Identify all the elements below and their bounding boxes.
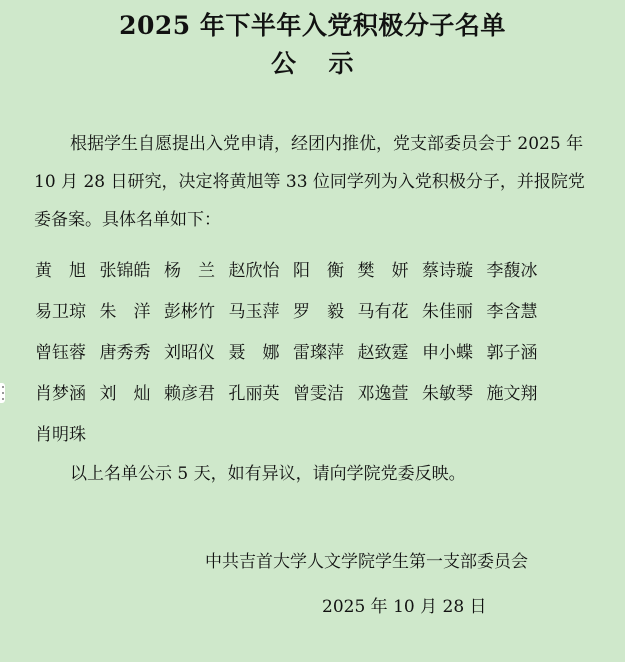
name-item: 肖梦涵 (35, 374, 100, 415)
names-row: 曾钰蓉 唐秀秀 刘昭仪 聂 娜 雷璨萍 赵致霆 申小蝶 郭子涵 (35, 333, 551, 374)
name-item: 刘昭仪 (164, 333, 229, 374)
names-row: 黄 旭 张锦皓 杨 兰 赵欣怡 阳 衡 樊 妍 蔡诗璇 李馥冰 (35, 251, 551, 292)
name-item: 杨 兰 (164, 251, 229, 292)
name-item: 李馥冰 (487, 251, 552, 292)
subtitle-char: 示 (329, 49, 355, 78)
name-item: 赖彦君 (164, 374, 229, 415)
drag-dot-icon (2, 386, 4, 388)
subtitle-char: 公 (271, 49, 297, 78)
name-item: 朱佳丽 (422, 292, 487, 333)
name-item: 朱 洋 (100, 292, 165, 333)
names-row: 肖梦涵 刘 灿 赖彦君 孔丽英 曾雯洁 邓逸萱 朱敏琴 施文翔 (35, 374, 551, 415)
name-item: 张锦皓 (100, 251, 165, 292)
names-row: 易卫琼 朱 洋 彭彬竹 马玉萍 罗 毅 马有花 朱佳丽 李含慧 (35, 292, 551, 333)
name-item: 彭彬竹 (164, 292, 229, 333)
page-subtitle: 公示 (0, 44, 625, 80)
name-item: 马有花 (358, 292, 423, 333)
name-item: 蔡诗璇 (422, 251, 487, 292)
name-item: 申小蝶 (422, 333, 487, 374)
name-item: 孔丽英 (229, 374, 294, 415)
name-item: 易卫琼 (35, 292, 100, 333)
signature: 中共吉首大学人文学院学生第一支部委员会 (205, 547, 528, 572)
name-item: 阳 衡 (293, 251, 358, 292)
name-item: 马玉萍 (229, 292, 294, 333)
name-item: 黄 旭 (35, 251, 100, 292)
name-item: 聂 娜 (229, 333, 294, 374)
name-item: 罗 毅 (293, 292, 358, 333)
name-item: 曾钰蓉 (35, 333, 100, 374)
name-item: 赵欣怡 (229, 251, 294, 292)
name-item: 曾雯洁 (293, 374, 358, 415)
name-item: 肖明珠 (35, 415, 100, 456)
drag-dot-icon (2, 392, 4, 394)
names-list: 黄 旭 张锦皓 杨 兰 赵欣怡 阳 衡 樊 妍 蔡诗璇 李馥冰 易卫琼 朱 洋 … (35, 251, 551, 456)
drag-handle[interactable] (0, 383, 5, 403)
date: 2025 年 10 月 28 日 (322, 592, 487, 617)
intro-paragraph: 根据学生自愿提出入党申请，经团内推优，党支部委员会于 2025 年 10 月 2… (34, 125, 594, 239)
name-item: 朱敏琴 (422, 374, 487, 415)
name-item: 雷璨萍 (293, 333, 358, 374)
closing-paragraph: 以上名单公示 5 天，如有异议，请向学院党委反映。 (70, 459, 466, 484)
name-item: 郭子涵 (487, 333, 552, 374)
names-row: 肖明珠 (35, 415, 551, 456)
drag-dot-icon (2, 398, 4, 400)
name-item: 李含慧 (487, 292, 552, 333)
name-item: 刘 灿 (100, 374, 165, 415)
name-item: 赵致霆 (358, 333, 423, 374)
page-title: 2025 年下半年入党积极分子名单 (0, 6, 625, 42)
name-item: 樊 妍 (358, 251, 423, 292)
name-item: 邓逸萱 (358, 374, 423, 415)
name-item: 施文翔 (487, 374, 552, 415)
name-item: 唐秀秀 (100, 333, 165, 374)
